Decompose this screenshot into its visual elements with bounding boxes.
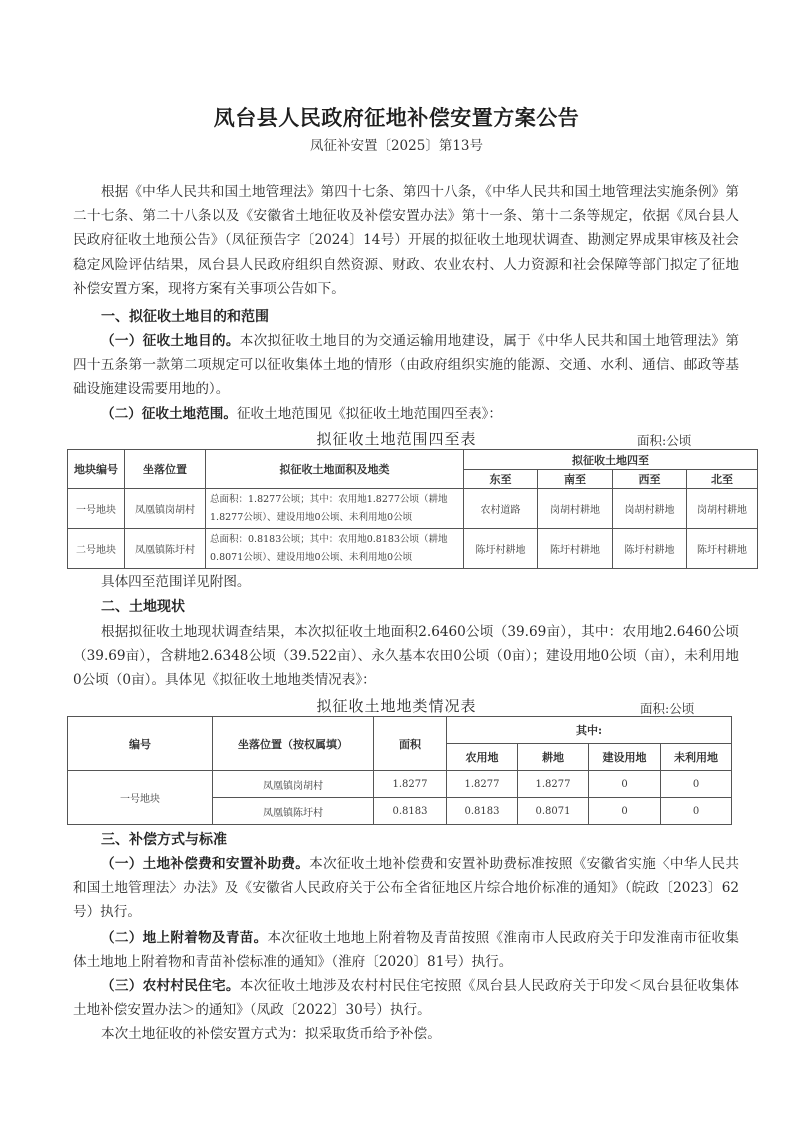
document-title: 凤台县人民政府征地补偿安置方案公告 <box>0 102 793 132</box>
cell-east: 陈圩村耕地 <box>464 529 538 569</box>
cell-area-type: 总面积：1.8277公顷；其中：农用地1.8277公顷（耕地1.8277公顷）、… <box>206 489 464 529</box>
cell-group-label: 一号地块 <box>68 771 213 825</box>
section-1-item-1: （一）征收土地目的。本次拟征收土地目的为交通运输用地建设，属于《中华人民共和国土… <box>73 329 739 402</box>
table-2-unit: 面积:公顷 <box>640 699 694 717</box>
table-row: 二号地块 凤凰镇陈圩村 总面积：0.8183公顷；其中：农用地0.8183公顷（… <box>68 529 758 569</box>
header-arable: 耕地 <box>518 744 589 771</box>
cell-location: 凤凰镇岗胡村 <box>213 771 374 798</box>
cell-area: 0.8183 <box>374 798 447 825</box>
table-row: 一号地块 凤凰镇岗胡村 总面积：1.8277公顷；其中：农用地1.8277公顷（… <box>68 489 758 529</box>
cell-agri: 1.8277 <box>447 771 518 798</box>
cell-construction: 0 <box>589 771 661 798</box>
cell-north: 陈圩村耕地 <box>687 529 758 569</box>
header-bounds-group: 拟征收土地四至 <box>464 450 758 470</box>
header-area-type: 拟征收土地面积及地类 <box>206 450 464 489</box>
header-north: 北至 <box>687 470 758 489</box>
section-3-item-1: （一）土地补偿费和安置补助费。本次征收土地补偿费和安置补助费标准按照《安徽省实施… <box>73 852 739 925</box>
cell-north: 岗胡村耕地 <box>687 489 758 529</box>
section-3-heading: 三、补偿方式与标准 <box>101 829 227 849</box>
cell-west: 岗胡村耕地 <box>613 489 687 529</box>
cell-construction: 0 <box>589 798 661 825</box>
header-id: 编号 <box>68 717 213 771</box>
header-area: 面积 <box>374 717 447 771</box>
land-type-table: 编号 坐落位置（按权属填） 面积 其中: 农用地 耕地 建设用地 未利用地 一号… <box>67 716 732 825</box>
section-3-item-2-label: （二）地上附着物及青苗。 <box>101 930 268 946</box>
header-unused: 未利用地 <box>661 744 732 771</box>
see-attached-map-note: 具体四至范围详见附图。 <box>73 570 739 594</box>
table-row: 一号地块 凤凰镇岗胡村 1.8277 1.8277 1.8277 0 0 <box>68 771 732 798</box>
cell-unused: 0 <box>661 798 732 825</box>
section-2-heading: 二、土地现状 <box>101 596 185 616</box>
cell-east: 农村道路 <box>464 489 538 529</box>
cell-south: 岗胡村耕地 <box>538 489 613 529</box>
header-west: 西至 <box>613 470 687 489</box>
table-1-unit: 面积:公顷 <box>637 431 691 449</box>
header-parcel: 地块编号 <box>68 450 125 489</box>
cell-west: 陈圩村耕地 <box>613 529 687 569</box>
header-location: 坐落位置 <box>125 450 206 489</box>
cell-arable: 1.8277 <box>518 771 589 798</box>
intro-paragraph: 根据《中华人民共和国土地管理法》第四十七条、第四十八条，《中华人民共和国土地管理… <box>73 180 739 301</box>
header-south: 南至 <box>538 470 613 489</box>
section-1-item-2: （二）征收土地范围。征收土地范围见《拟征收土地范围四至表》： <box>73 402 739 426</box>
section-3-item-3-label: （三）农村村民住宅。 <box>101 978 240 994</box>
section-1-heading: 一、拟征收土地目的和范围 <box>101 306 269 326</box>
cell-location: 凤凰镇陈圩村 <box>125 529 206 569</box>
document-number: 凤征补安置〔2025〕第13号 <box>0 134 793 154</box>
cell-south: 陈圩村耕地 <box>538 529 613 569</box>
cell-location: 凤凰镇陈圩村 <box>213 798 374 825</box>
header-of-which: 其中: <box>447 717 732 744</box>
section-1-item-2-text: 征收土地范围见《拟征收土地范围四至表》： <box>237 406 502 422</box>
cell-location: 凤凰镇岗胡村 <box>125 489 206 529</box>
cell-arable: 0.8071 <box>518 798 589 825</box>
boundary-table: 地块编号 坐落位置 拟征收土地面积及地类 拟征收土地四至 东至 南至 西至 北至… <box>67 449 758 569</box>
cell-area-type: 总面积：0.8183公顷；其中：农用地0.8183公顷（耕地0.8071公顷）、… <box>206 529 464 569</box>
cell-agri: 0.8183 <box>447 798 518 825</box>
compensation-method-note: 本次土地征收的补偿安置方式为：拟采取货币给予补偿。 <box>73 1022 739 1046</box>
section-1-item-1-label: （一）征收土地目的。 <box>101 333 240 349</box>
section-3-item-2: （二）地上附着物及青苗。本次征收土地地上附着物及青苗按照《淮南市人民政府关于印发… <box>73 926 739 974</box>
section-3-item-1-label: （一）土地补偿费和安置补助费。 <box>101 856 309 872</box>
cell-unused: 0 <box>661 771 732 798</box>
cell-parcel: 二号地块 <box>68 529 125 569</box>
header-construction: 建设用地 <box>589 744 661 771</box>
section-3-item-3: （三）农村村民住宅。本次征收土地涉及农村村民住宅按照《凤台县人民政府关于印发＜凤… <box>73 974 739 1022</box>
cell-parcel: 一号地块 <box>68 489 125 529</box>
section-1-item-2-label: （二）征收土地范围。 <box>101 406 237 422</box>
header-agri: 农用地 <box>447 744 518 771</box>
header-east: 东至 <box>464 470 538 489</box>
header-location: 坐落位置（按权属填） <box>213 717 374 771</box>
cell-area: 1.8277 <box>374 771 447 798</box>
section-2-text: 根据拟征收土地现状调查结果，本次拟征收土地面积2.6460公顷（39.69亩），… <box>73 620 739 693</box>
